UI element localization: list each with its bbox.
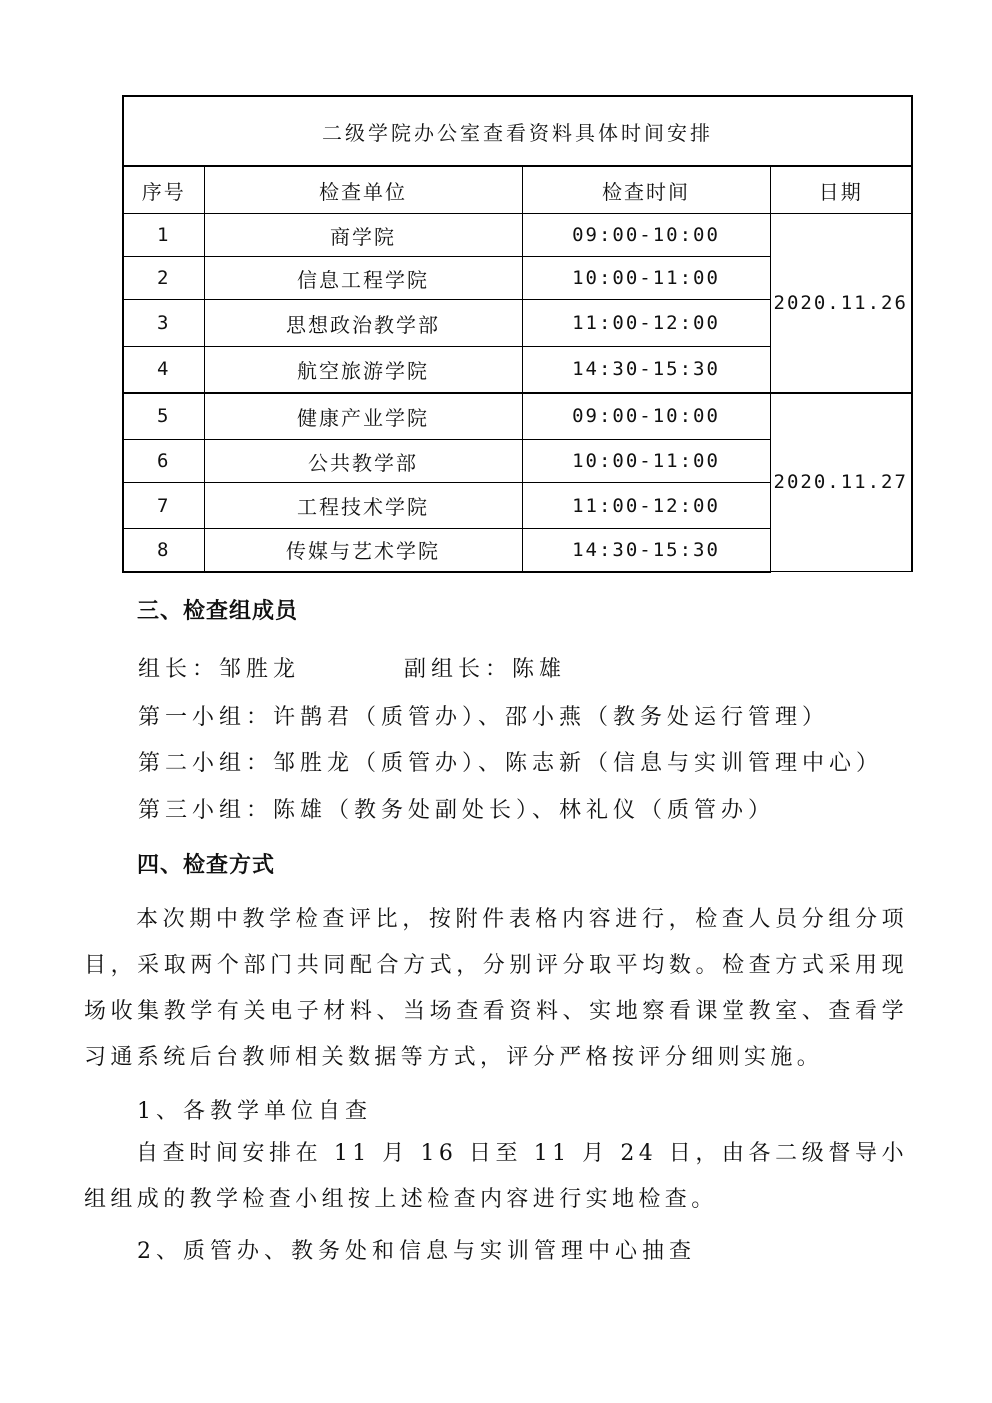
group-2-text: 第二小组：邹胜龙（质管办）、陈志新（信息与实训管理中心）: [138, 746, 883, 777]
row-time: 11:00-12:00: [522, 300, 770, 347]
row-time: 11:00-12:00: [522, 483, 770, 529]
row-unit: 工程技术学院: [204, 483, 522, 529]
row-time: 09:00-10:00: [522, 393, 770, 440]
table-title: 二级学院办公室查看资料具体时间安排: [123, 96, 912, 166]
row-unit: 信息工程学院: [204, 257, 522, 300]
group-1-text: 第一小组：许鹊君（质管办）、邵小燕（教务处运行管理）: [138, 700, 829, 731]
table-row: 1 商学院 09:00-10:00 2020.11.26: [123, 214, 912, 257]
row-no: 2: [123, 257, 204, 300]
row-unit: 传媒与艺术学院: [204, 529, 522, 572]
header-unit: 检查单位: [204, 166, 522, 214]
table-row: 5 健康产业学院 09:00-10:00 2020.11.27: [123, 393, 912, 440]
header-time: 检查时间: [522, 166, 770, 214]
row-time: 10:00-11:00: [522, 257, 770, 300]
header-no: 序号: [123, 166, 204, 214]
row-unit: 商学院: [204, 214, 522, 257]
document-page: 二级学院办公室查看资料具体时间安排 序号 检查单位 检查时间 日期 1 商学院 …: [0, 0, 992, 1403]
section-heading-members: 三、检查组成员: [137, 594, 298, 625]
row-time: 14:30-15:30: [522, 347, 770, 393]
group-3-text: 第三小组：陈雄（教务处副处长）、林礼仪（质管办）: [138, 793, 775, 824]
leader-text: 组长：邹胜龙: [138, 652, 300, 683]
table-header-row: 序号 检查单位 检查时间 日期: [123, 166, 912, 214]
row-no: 3: [123, 300, 204, 347]
section-heading-method: 四、检查方式: [137, 848, 275, 879]
row-no: 8: [123, 529, 204, 572]
row-no: 1: [123, 214, 204, 257]
row-no: 6: [123, 440, 204, 483]
row-no: 7: [123, 483, 204, 529]
header-date: 日期: [770, 166, 912, 214]
row-no: 5: [123, 393, 204, 440]
item-1-title: 1、各教学单位自查: [137, 1094, 372, 1125]
method-paragraph: 本次期中教学检查评比，按附件表格内容进行，检查人员分组分项目，采取两个部门共同配…: [84, 897, 908, 1081]
row-unit: 航空旅游学院: [204, 347, 522, 393]
item-1-text: 自查时间安排在 11 月 16 日至 11 月 24 日，由各二级督导小组组成的…: [84, 1131, 908, 1223]
deputy-leader-text: 副组长：陈雄: [404, 652, 566, 683]
row-time: 09:00-10:00: [522, 214, 770, 257]
row-no: 4: [123, 347, 204, 393]
row-unit: 思想政治教学部: [204, 300, 522, 347]
date-cell: 2020.11.26: [770, 214, 912, 393]
date-cell: 2020.11.27: [770, 393, 912, 572]
row-unit: 健康产业学院: [204, 393, 522, 440]
row-time: 14:30-15:30: [522, 529, 770, 572]
schedule-table: 二级学院办公室查看资料具体时间安排 序号 检查单位 检查时间 日期 1 商学院 …: [122, 95, 913, 573]
row-unit: 公共教学部: [204, 440, 522, 483]
item-2-title: 2、质管办、教务处和信息与实训管理中心抽查: [137, 1234, 696, 1265]
row-time: 10:00-11:00: [522, 440, 770, 483]
